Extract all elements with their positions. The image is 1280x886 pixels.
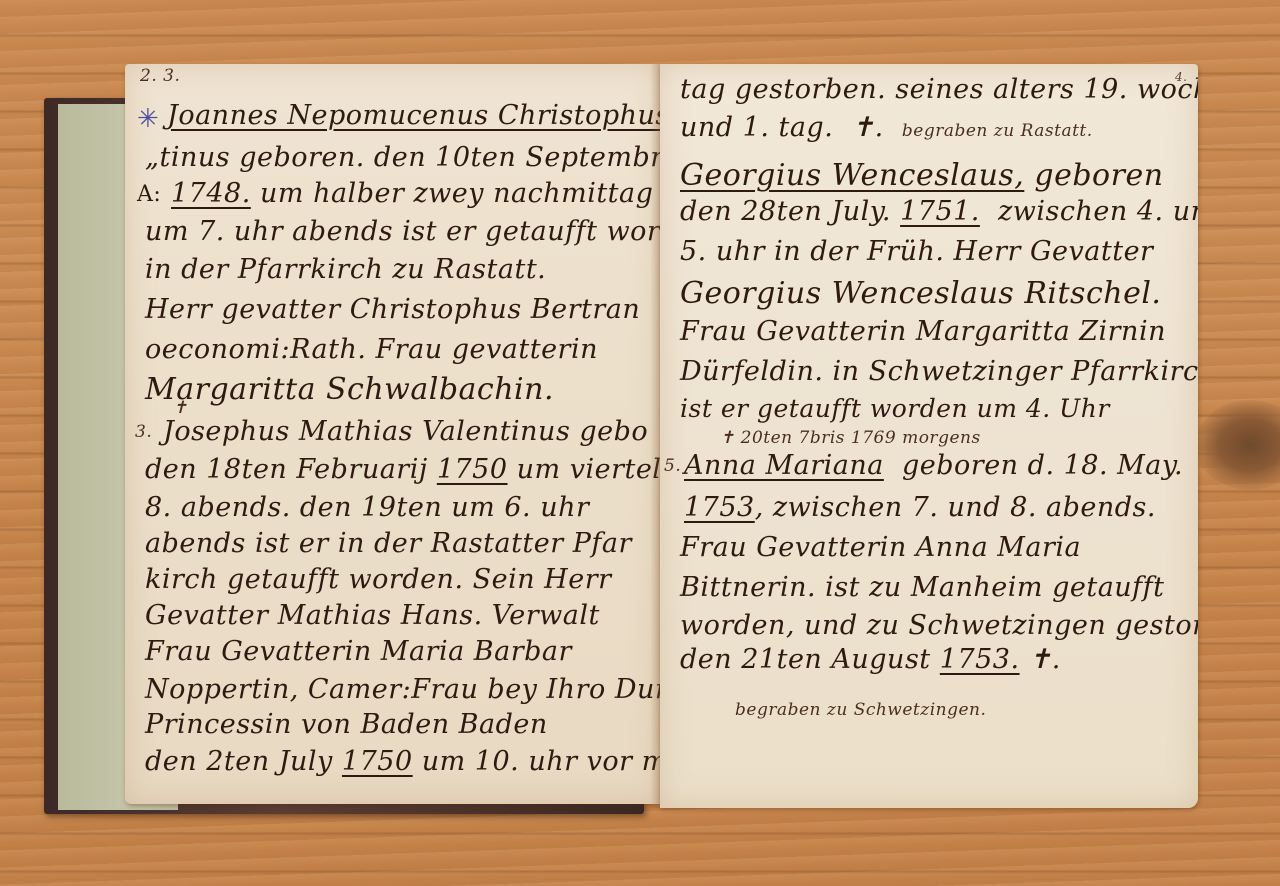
entry-2-line-10: den 2ten July 1750 um 10. uhr vor mit„ (145, 746, 660, 777)
burial-note: begraben zu Schwetzingen. (735, 700, 986, 720)
entry-1-year: 1748. (171, 178, 251, 209)
continuation-line-2: und 1. tag. ✝. begraben zu Rastatt. (680, 112, 1093, 143)
entry-1-line-1: Joannes Nepomucenus Christophus Val (167, 100, 660, 131)
continuation-line-1: tag gestorben. seines alters 19. wochen (680, 74, 1198, 105)
entry-4-line-2: 1753, zwischen 7. und 8. abends. (684, 492, 1156, 523)
entry-4-line-6: den 21ten August 1753. ✝. (680, 644, 1061, 675)
entry-1-line-6: Herr gevatter Christophus Bertran (145, 294, 640, 325)
entry-4-number: 5. (664, 456, 681, 476)
entry-2-line-8: Noppertin, Camer:Frau bey Ihro Durch (145, 674, 660, 705)
entry-4-line-5: worden, und zu Schwetzingen gestorben (680, 610, 1198, 641)
entry-2-line-4: abends ist er in der Rastatter Pfar (145, 528, 632, 559)
star-icon: ✳ (137, 104, 159, 134)
entry-2-line-2: den 18ten Februarij 1750 um viertel auf (145, 454, 660, 485)
entry-3-line-2: den 28ten July. 1751. zwischen 4. und (680, 196, 1198, 227)
entry-3-line-3: 5. uhr in der Früh. Herr Gevatter (680, 236, 1153, 267)
entry-3-line-1: Georgius Wenceslaus, geboren (680, 158, 1164, 193)
entry-1-line-4: um 7. uhr abends ist er getaufft word (145, 216, 660, 247)
year-label: A: (137, 182, 161, 207)
entry-3-line-7: ist er getaufft worden um 4. Uhr (680, 394, 1110, 423)
entry-4-line-3: Frau Gevatterin Anna Maria (680, 532, 1081, 563)
entry-1-line-8: Margaritta Schwalbachin. (145, 372, 554, 407)
entry-1-line-7: oeconomi:Rath. Frau gevatterin (145, 334, 598, 365)
entry-2-line-7: Frau Gevatterin Maria Barbar (145, 636, 572, 667)
entry-3-line-5: Frau Gevatterin Margaritta Zirnin (680, 316, 1166, 347)
entry-2-line-1: Josephus Mathias Valentinus gebo (163, 416, 648, 447)
entry-2-line-9: Princessin von Baden Baden (145, 709, 548, 740)
entry-1-line-2: „tinus geboren. den 10ten Septembri (145, 142, 660, 173)
entry-4-line-1: Anna Mariana geboren d. 18. May. (684, 450, 1183, 481)
entry-4-line-4: Bittnerin. ist zu Manheim getaufft (680, 572, 1165, 603)
entry-3-line-4: Georgius Wenceslaus Ritschel. (680, 276, 1161, 311)
entry-2-number: 3. (135, 422, 152, 442)
death-margin-note: ✝ 20ten 7bris 1769 morgens (720, 428, 981, 448)
entry-1-line-3: um halber zwey nachmittag (260, 178, 653, 209)
entry-2-line-3: 8. abends. den 19ten um 6. uhr (145, 492, 589, 523)
page-marker: 2. 3. (140, 66, 180, 86)
entry-3-line-6: Dürfeldin. in Schwetzinger Pfarrkirch (680, 356, 1198, 387)
cross-icon: ✝ (173, 398, 188, 418)
right-page: 4. tag gestorben. seines alters 19. woch… (660, 64, 1198, 808)
left-page: 2. 3. ✳ Joannes Nepomucenus Christophus … (125, 64, 660, 804)
entry-1-line-5: in der Pfarrkirch zu Rastatt. (145, 254, 546, 285)
wood-knot (1195, 400, 1280, 490)
entry-2-line-5: kirch getaufft worden. Sein Herr (145, 564, 612, 595)
entry-2-line-6: Gevatter Mathias Hans. Verwalt (145, 600, 600, 631)
